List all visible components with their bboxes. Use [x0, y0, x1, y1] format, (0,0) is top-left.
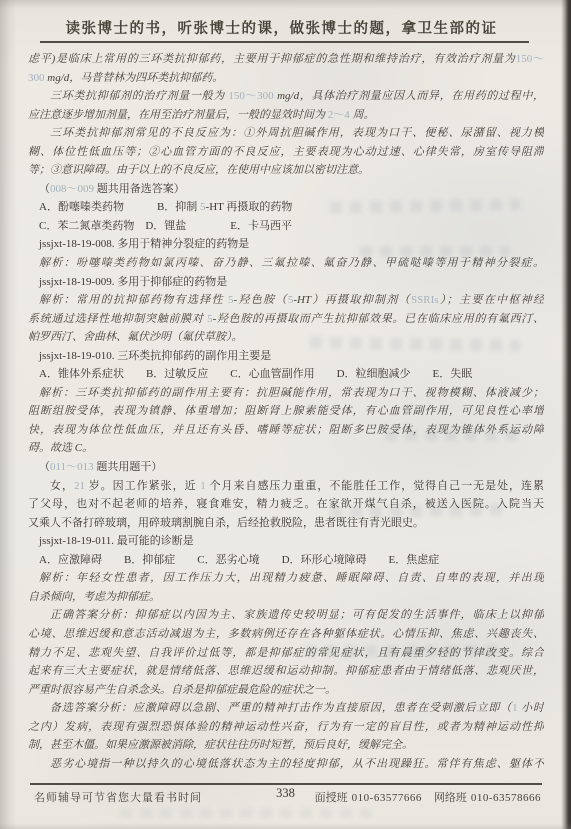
- print-text: 心境、思维迟缓和意志活动减退为主，多数病例还存在各种躯体症状。心情压抑、焦虑、兴…: [28, 628, 544, 640]
- print-text: 题共用备选答案）: [94, 183, 185, 195]
- text-line: 正确答案分析：抑郁症以内因为主、家族遗传史较明显；可有促发的生活事件，临床上以抑…: [28, 606, 544, 625]
- print-text: 阻断组胺受体，表现为镇静、体重增加；阻断肾上腺素能受体，有心血管副作用，可见良性…: [28, 405, 544, 417]
- text-line: 等；③意识障碍。由于以上的不良反应，在使用中应该加以密切注意。: [28, 161, 544, 180]
- print-text: 解析：常用的抗抑郁药物有选择性: [39, 294, 228, 306]
- onsite-class-label: 面授班: [315, 792, 348, 804]
- text-line: （011～013 题共用题干）: [28, 458, 544, 477]
- scan-edge-left: [0, 0, 17, 829]
- print-text: 三环类抗抑郁剂常见的不良反应为：①外周抗胆碱作用，表现为口干、便秘、尿潴留、视力…: [50, 127, 544, 139]
- print-text: 解析：三环类抗抑郁药的副作用主要有：抗胆碱能作用，常表现为口干、视物模糊、体液减…: [39, 387, 544, 399]
- print-text: 正确答案分析：抑郁症以内因为主、家族遗传史较明显；可有促发的生活事件，临床上以抑…: [50, 609, 544, 621]
- text-line: 快，表现为体位性低血压，并且还有头昏、嗜睡等症状；阻断多巴胺受体，表现为锥体外系…: [28, 421, 544, 440]
- faint-print-text: 2～4: [328, 109, 350, 121]
- text-line: A．锥体外系症状 B．过敏反应 C．心血管副作用 D．粒细胞减少 E．失眠: [28, 365, 544, 384]
- text-line: （008～009 题共用备选答案）: [28, 180, 544, 199]
- print-text: 严重时很容易产生自杀念头。自杀是抑郁症最危险的症状之一。: [28, 684, 336, 696]
- text-line: 起来有三大主要症状，就是情绪低落、思维迟缓和运动抑制。抑郁症患者由于情绪低落、悲…: [28, 662, 544, 681]
- print-text: 题共用题干）: [94, 461, 163, 473]
- faint-print-text: SSRIs: [411, 294, 439, 306]
- print-text: 小时: [518, 702, 544, 714]
- print-text: 恶劣心境指一种以持久的心境低落状态为主的轻度抑郁，从不出现躁狂。常伴有焦虑、躯体…: [50, 758, 544, 770]
- print-text: 备选答案分析：应激障碍以急剧、严重的精神打击作为直接原因，患者在受刺激后立即（: [50, 702, 512, 714]
- onsite-class-phone: 010-63577666: [352, 792, 422, 804]
- text-line: 300 mg/d，马普替林为四环类抗抑郁药。: [28, 69, 544, 88]
- text-line: 解析：年轻女性患者，因工作压力大，出现精力疲惫、睡眠障碍、自责、自卑的表现，并出…: [28, 569, 544, 588]
- text-line: 自杀倾向，考虑为抑郁症。: [28, 588, 544, 607]
- print-text: 等；③意识障碍。由于以上的不良反应，在使用中应该加以密切注意。: [28, 164, 369, 176]
- text-line: 虑平)是临床上常用的三环类抗抑郁药，主要用于抑郁症的急性期和维持治疗，有效治疗剂…: [28, 50, 544, 69]
- text-line: 严重时很容易产生自杀念头。自杀是抑郁症最危险的症状之一。: [28, 681, 544, 700]
- print-text: jssjxt-18-19-008. 多用于精神分裂症的药物是: [39, 238, 249, 250]
- print-text: jssjxt-18-19-011. 最可能的诊断是: [39, 535, 194, 547]
- print-text: 制，甚至木僵。如果应激源被消除，症状往往历时短暂，预后良好，缓解完全。: [28, 739, 413, 751]
- print-text: 碍。故选 C。: [28, 442, 93, 454]
- scanned-book-page: 读张博士的书，听张博士的课，做张博士的题，拿卫生部的证 虑平)是临床上常用的三环…: [0, 0, 571, 829]
- text-line: 心境、思维迟缓和意志活动减退为主，多数病例还存在各种躯体症状。心情压抑、焦虑、兴…: [28, 625, 544, 644]
- print-text: mg/d，马普替林为四环类抗抑郁药。: [45, 72, 224, 84]
- online-class-phone: 010-63578666: [471, 792, 541, 804]
- text-line: 阻断组胺受体，表现为镇静、体重增加；阻断肾上腺素能受体，有心血管副作用，可见良性…: [28, 402, 544, 421]
- text-line: 系统通过选择性地抑制突触前膜对 5-羟色胺的再摄取而产生抗抑郁效果。已在临床应用…: [28, 310, 544, 329]
- text-line: 女，21 岁。因工作紧张，近 1 个月来自感压力重重，不能胜任工作，觉得自己一无…: [28, 477, 544, 496]
- text-line: jssjxt-18-19-010. 三环类抗抑郁药的副作用主要是: [28, 347, 544, 366]
- header-slogan: 读张博士的书，听张博士的课，做张博士的题，拿卫生部的证: [6, 17, 557, 38]
- print-text: -羟色胺的再摄取而产生抗抑郁效果。已在临床应用的有氟西汀、: [213, 313, 544, 325]
- scan-edge-bottom: [0, 823, 571, 829]
- faint-print-text: 150～300: [228, 90, 273, 102]
- text-line: 又乘人不备打碎玻璃，用碎玻璃割腕自杀，后经抢救脱险，患者既往有青光眼史。: [28, 514, 544, 533]
- print-text: （: [39, 183, 50, 195]
- print-text: -HT 再摄取的药物: [206, 201, 293, 213]
- print-text: 了父母，也对不起老师的培养，寝食难安，精力疲乏。在家欲开煤气自杀，被送入医院。入…: [28, 498, 544, 510]
- faint-print-text: 300: [28, 72, 45, 84]
- faint-print-text: 008～009: [50, 183, 94, 195]
- print-text: mg/d，具体治疗剂量应因人而异，在用药的过程中，: [274, 90, 544, 102]
- print-text: A．应激障碍 B．抑郁症 C．恶劣心境 D．环形心境障碍 E．焦虑症: [39, 554, 439, 566]
- print-text: 岁。因工作紧张，近: [85, 480, 200, 492]
- text-line: 解析：常用的抗抑郁药物有选择性 5-羟色胺（5-HT）再摄取抑制剂（SSRIs）…: [28, 291, 544, 310]
- print-text: 个月来自感压力重重，不能胜任工作，觉得自己一无是处，连累: [206, 480, 544, 492]
- text-line: 三环类抗抑郁剂常见的不良反应为：①外周抗胆碱作用，表现为口干、便秘、尿潴留、视力…: [28, 124, 544, 143]
- print-text: 又乘人不备打碎玻璃，用碎玻璃割腕自杀，后经抢救脱险，患者既往有青光眼史。: [28, 517, 424, 529]
- print-text: 帕罗西汀、舍曲林、氟伏沙明（氟伏草胺）。: [28, 331, 243, 343]
- text-line: 三环类抗抑郁剂的治疗剂量一般为 150～300 mg/d，具体治疗剂量应因人而异…: [28, 87, 544, 106]
- text-line: 糊、体位性低血压等；②心血管方面的不良反应，主要表现为心动过速、心律失常，房室传…: [28, 143, 544, 162]
- print-text: 自杀倾向，考虑为抑郁症。: [28, 591, 160, 603]
- print-text: C．苯二氮䓬类药物 D．锂盐 E．卡马西平: [39, 220, 292, 232]
- text-line: 精力不足、悲观失望、自我评价过低等，都是抑郁症的常见症状，且有晨重夕轻的节律改变…: [28, 644, 544, 663]
- print-text: 虑平)是临床上常用的三环类抗抑郁药，主要用于抑郁症的急性期和维持治疗，有效治疗剂…: [28, 53, 516, 65]
- header-rule: [40, 41, 529, 43]
- print-text: （: [39, 461, 50, 473]
- print-text: 起来有三大主要症状，就是情绪低落、思维迟缓和运动抑制。抑郁症患者由于情绪低落、悲…: [28, 665, 544, 677]
- print-text: 应注意逐步增加剂量，在用至治疗剂量后，一般的显效时间为: [28, 109, 328, 121]
- print-text: 解析：年轻女性患者，因工作压力大，出现精力疲惫、睡眠障碍、自责、自卑的表现，并出…: [39, 572, 544, 584]
- print-text: -HT）再摄取抑制剂（: [293, 294, 411, 306]
- footer-contact: 面授班010-63577666网络班010-63578666: [315, 789, 541, 805]
- print-text: 周。: [350, 109, 375, 121]
- online-class-label: 网络班: [434, 792, 467, 804]
- footer-rule: [30, 783, 542, 785]
- faint-print-text: 150～: [516, 53, 544, 65]
- print-text: -羟色胺（: [234, 294, 288, 306]
- print-text: A．锥体外系症状 B．过敏反应 C．心血管副作用 D．粒细胞减少 E．失眠: [39, 368, 472, 380]
- faint-print-text: 011～013: [50, 461, 94, 473]
- print-text: A．酚噻嗪类药物 B．抑制: [39, 201, 200, 213]
- text-line: 制，甚至木僵。如果应激源被消除，症状往往历时短暂，预后良好，缓解完全。: [28, 736, 544, 755]
- text-line: 解析：吩噻嗪类药物如氯丙嗪、奋乃静、三氟拉嗪、氟奋乃静、甲硫哒嗪等用于精神分裂症…: [28, 254, 544, 273]
- text-line: 备选答案分析：应激障碍以急剧、严重的精神打击作为直接原因，患者在受刺激后立即（1…: [28, 699, 544, 718]
- print-text: 系统通过选择性地抑制突触前膜对: [28, 313, 207, 325]
- print-text: 之内）发病，表现有强烈恐惧体验的精神运动性兴奋，行为有一定的盲目性，或者为精神运…: [28, 721, 544, 733]
- text-line: jssjxt-18-19-011. 最可能的诊断是: [28, 532, 544, 551]
- text-line: jssjxt-18-19-008. 多用于精神分裂症的药物是: [28, 235, 544, 254]
- print-text: jssjxt-18-19-010. 三环类抗抑郁药的副作用主要是: [39, 350, 271, 362]
- scan-edge-top: [0, 0, 571, 9]
- text-line: C．苯二氮䓬类药物 D．锂盐 E．卡马西平: [28, 217, 544, 236]
- print-text: 精力不足、悲观失望、自我评价过低等，都是抑郁症的常见症状，且有晨重夕轻的节律改变…: [28, 647, 544, 659]
- bleed-through-ghost-text: [120, 808, 380, 818]
- content-area: 虑平)是临床上常用的三环类抗抑郁药，主要用于抑郁症的急性期和维持治疗，有效治疗剂…: [28, 50, 544, 773]
- print-text: 快，表现为体位性低血压，并且还有头昏、嗜睡等症状；阻断多巴胺受体，表现为锥体外系…: [28, 424, 544, 436]
- text-line: A．酚噻嗪类药物 B．抑制 5-HT 再摄取的药物: [28, 198, 544, 217]
- print-text: jssjxt-18-19-009. 多用于抑郁症的药物是: [39, 276, 227, 288]
- text-line: 了父母，也对不起老师的培养，寝食难安，精力疲乏。在家欲开煤气自杀，被送入医院。入…: [28, 495, 544, 514]
- text-line: jssjxt-18-19-009. 多用于抑郁症的药物是: [28, 273, 544, 292]
- text-line: 之内）发病，表现有强烈恐惧体验的精神运动性兴奋，行为有一定的盲目性，或者为精神运…: [28, 718, 544, 737]
- scan-edge-right: [561, 0, 571, 829]
- print-text: 三环类抗抑郁剂的治疗剂量一般为: [50, 90, 228, 102]
- text-line: 碍。故选 C。: [28, 439, 544, 458]
- text-line: 解析：三环类抗抑郁药的副作用主要有：抗胆碱能作用，常表现为口干、视物模糊、体液减…: [28, 384, 544, 403]
- print-text: 解析：吩噻嗪类药物如氯丙嗪、奋乃静、三氟拉嗪、氟奋乃静、甲硫哒嗪等用于精神分裂症…: [39, 257, 544, 269]
- text-line: 应注意逐步增加剂量，在用至治疗剂量后，一般的显效时间为 2～4 周。: [28, 106, 544, 125]
- text-line: 帕罗西汀、舍曲林、氟伏沙明（氟伏草胺）。: [28, 328, 544, 347]
- text-line: 恶劣心境指一种以持久的心境低落状态为主的轻度抑郁，从不出现躁狂。常伴有焦虑、躯体…: [28, 755, 544, 774]
- faint-print-text: 21: [74, 480, 85, 492]
- text-line: A．应激障碍 B．抑郁症 C．恶劣心境 D．环形心境障碍 E．焦虑症: [28, 551, 544, 570]
- print-text: ）；主要在中枢神经: [439, 294, 544, 306]
- print-text: 女，: [50, 480, 74, 492]
- print-text: 糊、体位性低血压等；②心血管方面的不良反应，主要表现为心动过速、心律失常，房室传…: [28, 146, 544, 158]
